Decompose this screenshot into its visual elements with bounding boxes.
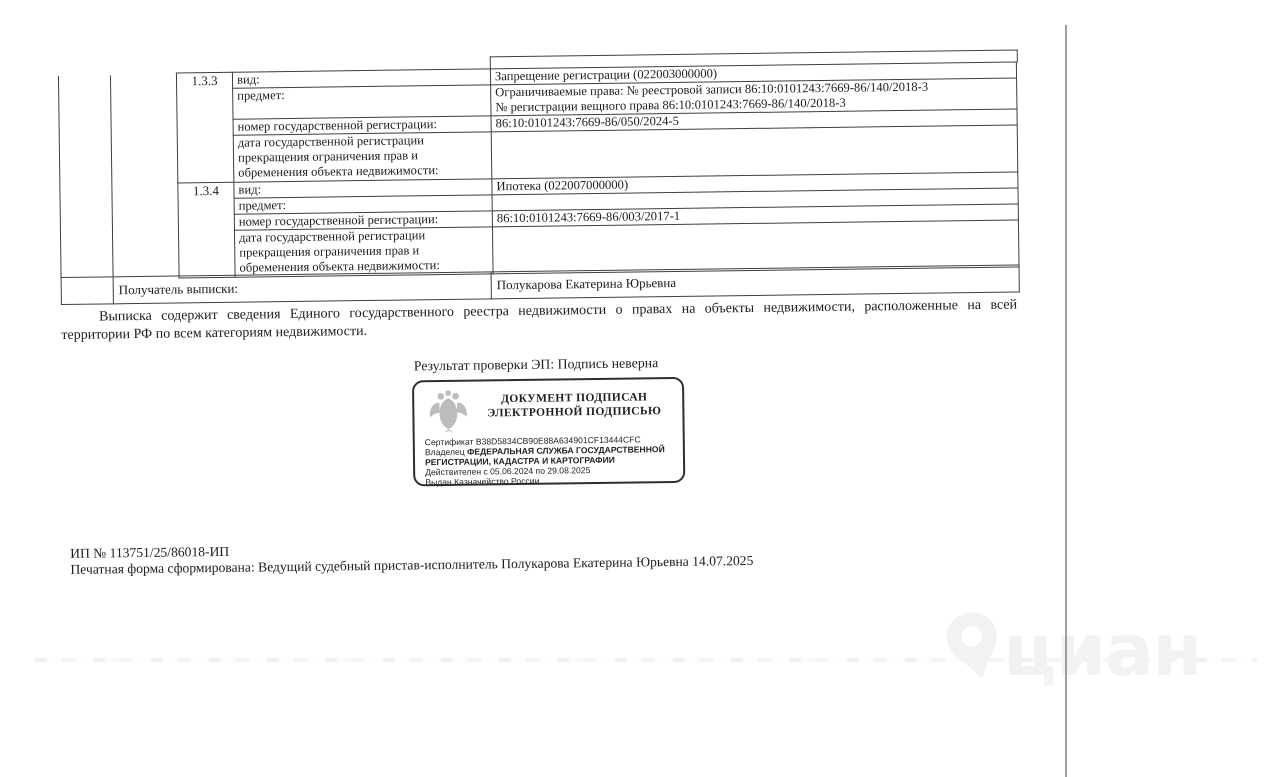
note-paragraph: Выписка содержит сведения Единого госуда…	[61, 296, 1017, 344]
label-cell: дата государственной регистрации прекращ…	[234, 227, 493, 277]
stamp-issuer: Выдан Казначейство России	[425, 474, 679, 487]
recipient-label: Получатель выписки:	[113, 272, 491, 304]
stamp-title-line-2: ЭЛЕКТРОННОЙ ПОДПИСЬЮ	[474, 404, 674, 421]
cian-watermark: циан	[945, 606, 1175, 706]
section-number: 1.3.4	[178, 182, 235, 278]
label-cell: дата государственной регистрации прекращ…	[233, 132, 492, 182]
registry-table: 1.3.3 вид: Запрещение регистрации (02200…	[176, 61, 1020, 278]
outer-table-left-rule	[58, 76, 62, 277]
recipient-value: Полукарова Екатерина Юрьевна	[491, 265, 1019, 299]
label-cell: предмет:	[233, 85, 491, 119]
coat-of-arms-icon	[427, 389, 470, 434]
stamp-details: Сертификат B38D5834CB90E88A634901CF13444…	[425, 434, 680, 487]
section-number: 1.3.3	[176, 72, 233, 183]
map-pin-icon	[937, 604, 1011, 688]
scan-fold-line	[1065, 25, 1067, 777]
value-cell	[491, 125, 1018, 179]
watermark-text: циан	[1003, 608, 1201, 692]
empty-cell	[61, 277, 113, 305]
certificate-label: Сертификат	[425, 437, 474, 448]
signature-check-result: Результат проверки ЭП: Подпись неверна	[414, 355, 659, 374]
outer-table-second-rule	[110, 75, 114, 276]
owner-label: Владелец	[425, 447, 465, 458]
stamp-title: ДОКУМЕНТ ПОДПИСАН ЭЛЕКТРОННОЙ ПОДПИСЬЮ	[474, 390, 674, 421]
esign-stamp: ДОКУМЕНТ ПОДПИСАН ЭЛЕКТРОННОЙ ПОДПИСЬЮ С…	[412, 377, 685, 487]
